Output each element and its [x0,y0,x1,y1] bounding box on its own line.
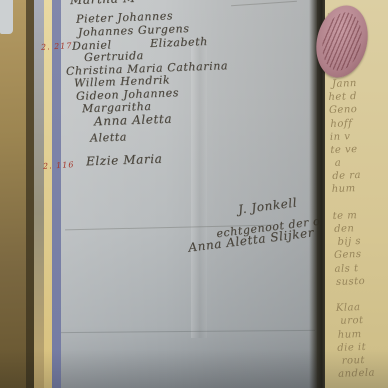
registry-number: 2. 116 [43,160,75,171]
left-page: 2. 217 2. 116 Martha M Pieter Johannes J… [61,0,317,388]
handwritten-name-line: Elizabeth [150,36,208,49]
handwritten-name-line: Aletta [90,131,127,143]
page-corner-patch [0,0,13,34]
handwritten-name-line: Gertruida [84,50,144,63]
handwriting-fragment: andela [338,367,388,382]
handwritten-name-line: Elzie Maria [86,154,163,168]
vertical-fold-crease [191,38,207,338]
archival-document-photo: 2. 217 2. 116 Martha M Pieter Johannes J… [0,0,388,388]
registry-number: 2. 217 [41,41,73,52]
book-cover-edge [0,0,28,388]
handwritten-name-line: Anna Aletta [94,114,172,128]
